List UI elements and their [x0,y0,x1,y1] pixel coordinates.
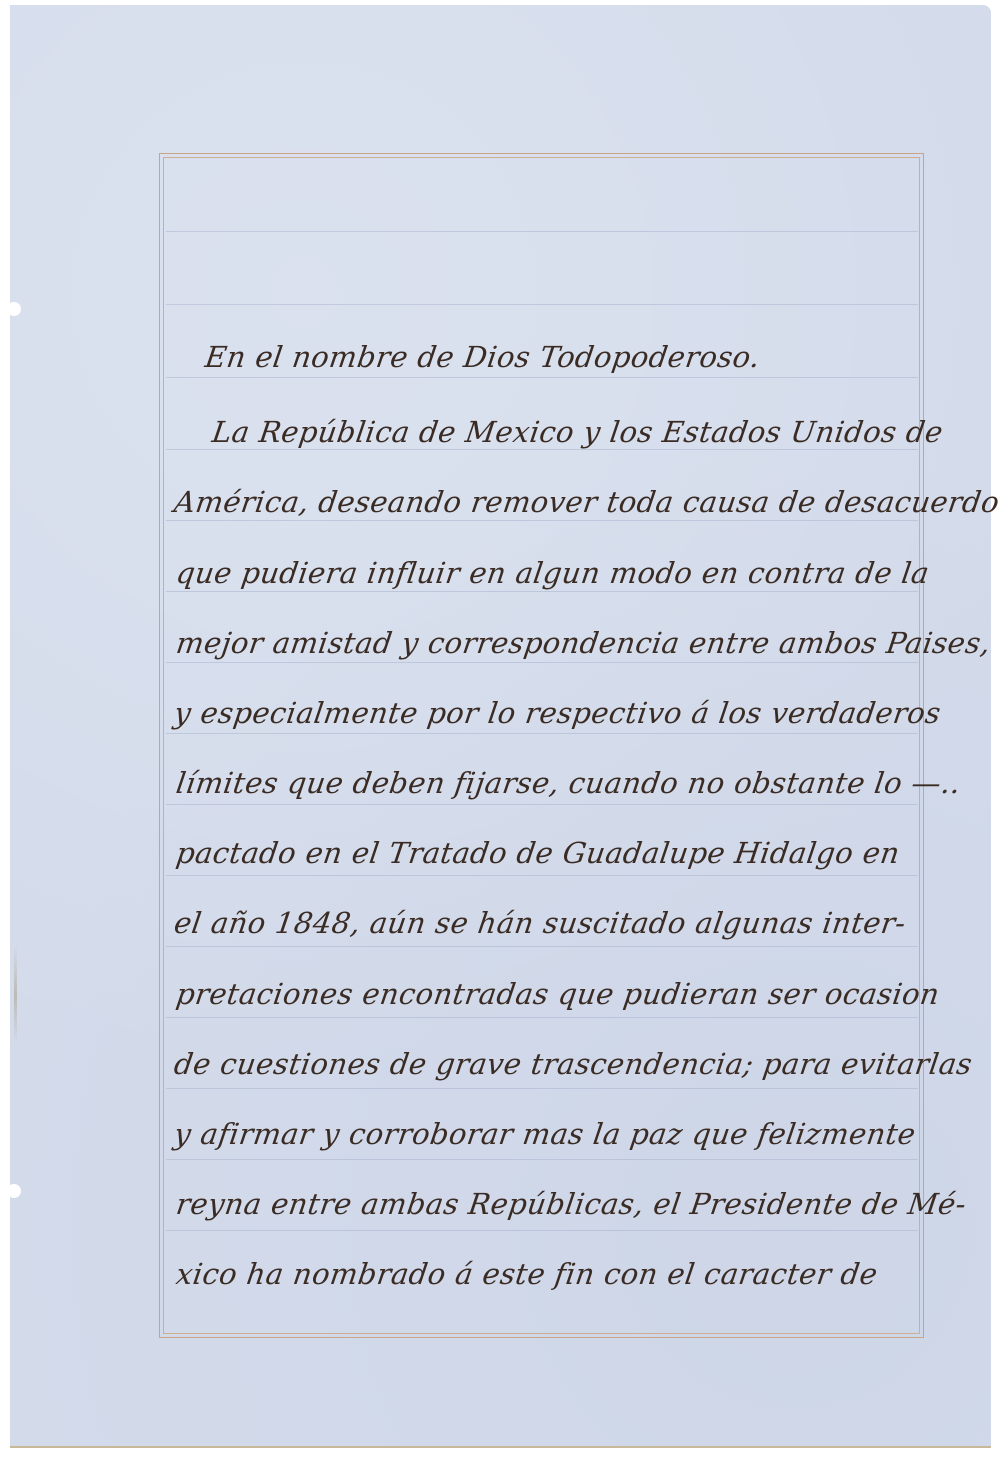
text-line: La República de Mexico y los Estados Uni… [210,415,945,449]
text-line: que pudiera influir en algun modo en con… [174,556,932,590]
ruled-line [166,520,918,521]
ruled-line [166,733,918,734]
text-line: mejor amistad y correspondencia entre am… [174,626,993,660]
text-line: pactado en el Tratado de Guadalupe Hidal… [174,836,902,870]
ruled-line [166,1088,918,1089]
ruled-line [166,1017,918,1018]
ruled-line [166,1159,918,1160]
ruled-line [166,875,918,876]
punch-hole-top [7,302,21,316]
page-border-inner [163,157,920,1334]
invocation-heading: En el nombre de Dios Todopoderoso. [203,340,762,374]
ruled-line [166,304,918,305]
text-line: y especialmente por lo respectivo á los … [172,696,943,730]
ruled-line [166,449,918,450]
ruled-line [166,804,918,805]
text-line: de cuestiones de grave trascendencia; pa… [172,1047,975,1081]
text-line: pretaciones encontradas que pudieran ser… [174,977,942,1011]
ruled-line [166,662,918,663]
punch-hole-bottom [7,1184,21,1198]
ruled-line [166,591,918,592]
ruled-line [166,946,918,947]
text-line: América, deseando remover toda causa de … [172,485,1000,519]
text-line: límites que deben fijarse, cuando no obs… [174,766,963,800]
text-line: y afirmar y corroborar mas la paz que fe… [172,1117,918,1151]
text-line: el año 1848, aún se hán suscitado alguna… [172,906,908,940]
ruled-line [166,231,918,232]
text-line: xico ha nombrado á este fin con el carac… [174,1257,880,1291]
text-line: reyna entre ambas Repúblicas, el Preside… [174,1187,968,1221]
ruled-line [166,377,918,378]
spine-stain [14,945,17,1045]
ruled-line [166,1230,918,1231]
